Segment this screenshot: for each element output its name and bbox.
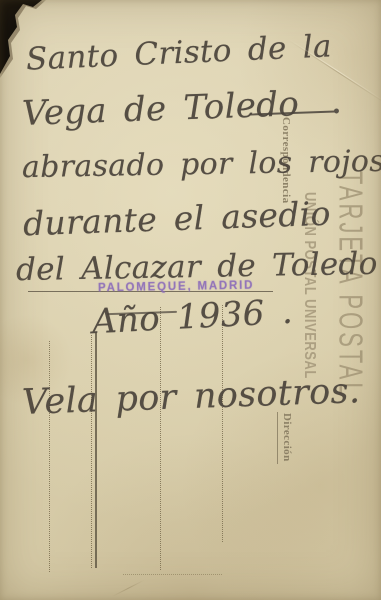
address-label: Dirección [281, 413, 293, 462]
bottom-dotted-line [123, 574, 222, 575]
handwriting-line-4: durante el asedio [23, 197, 332, 241]
card-type-heading: TARJETA POSTAL [332, 171, 368, 398]
address-line-2 [91, 335, 92, 568]
address-line-3 [160, 307, 161, 570]
postcard-back: TARJETA POSTAL UNIÓN POSTAL UNIVERSAL Co… [0, 0, 381, 600]
handwriting-line-5: del Alcazar de Toledo [16, 249, 378, 286]
address-label-underline [277, 412, 278, 464]
handwriting-line-6: Año 1936 . [91, 295, 293, 339]
handwriting-line-1: Santo Cristo de la [25, 31, 332, 75]
address-line-4 [222, 305, 223, 542]
address-line-1 [49, 341, 50, 572]
handwriting-line-7: Vela por nosotros. [21, 374, 360, 421]
handwriting-line-3: abrasado por los rojos [22, 147, 381, 183]
paper-scratch-bottom [112, 580, 145, 597]
handwriting-line-2: Vega de Toledo [21, 87, 299, 131]
address-line-2-heavy [95, 333, 97, 568]
